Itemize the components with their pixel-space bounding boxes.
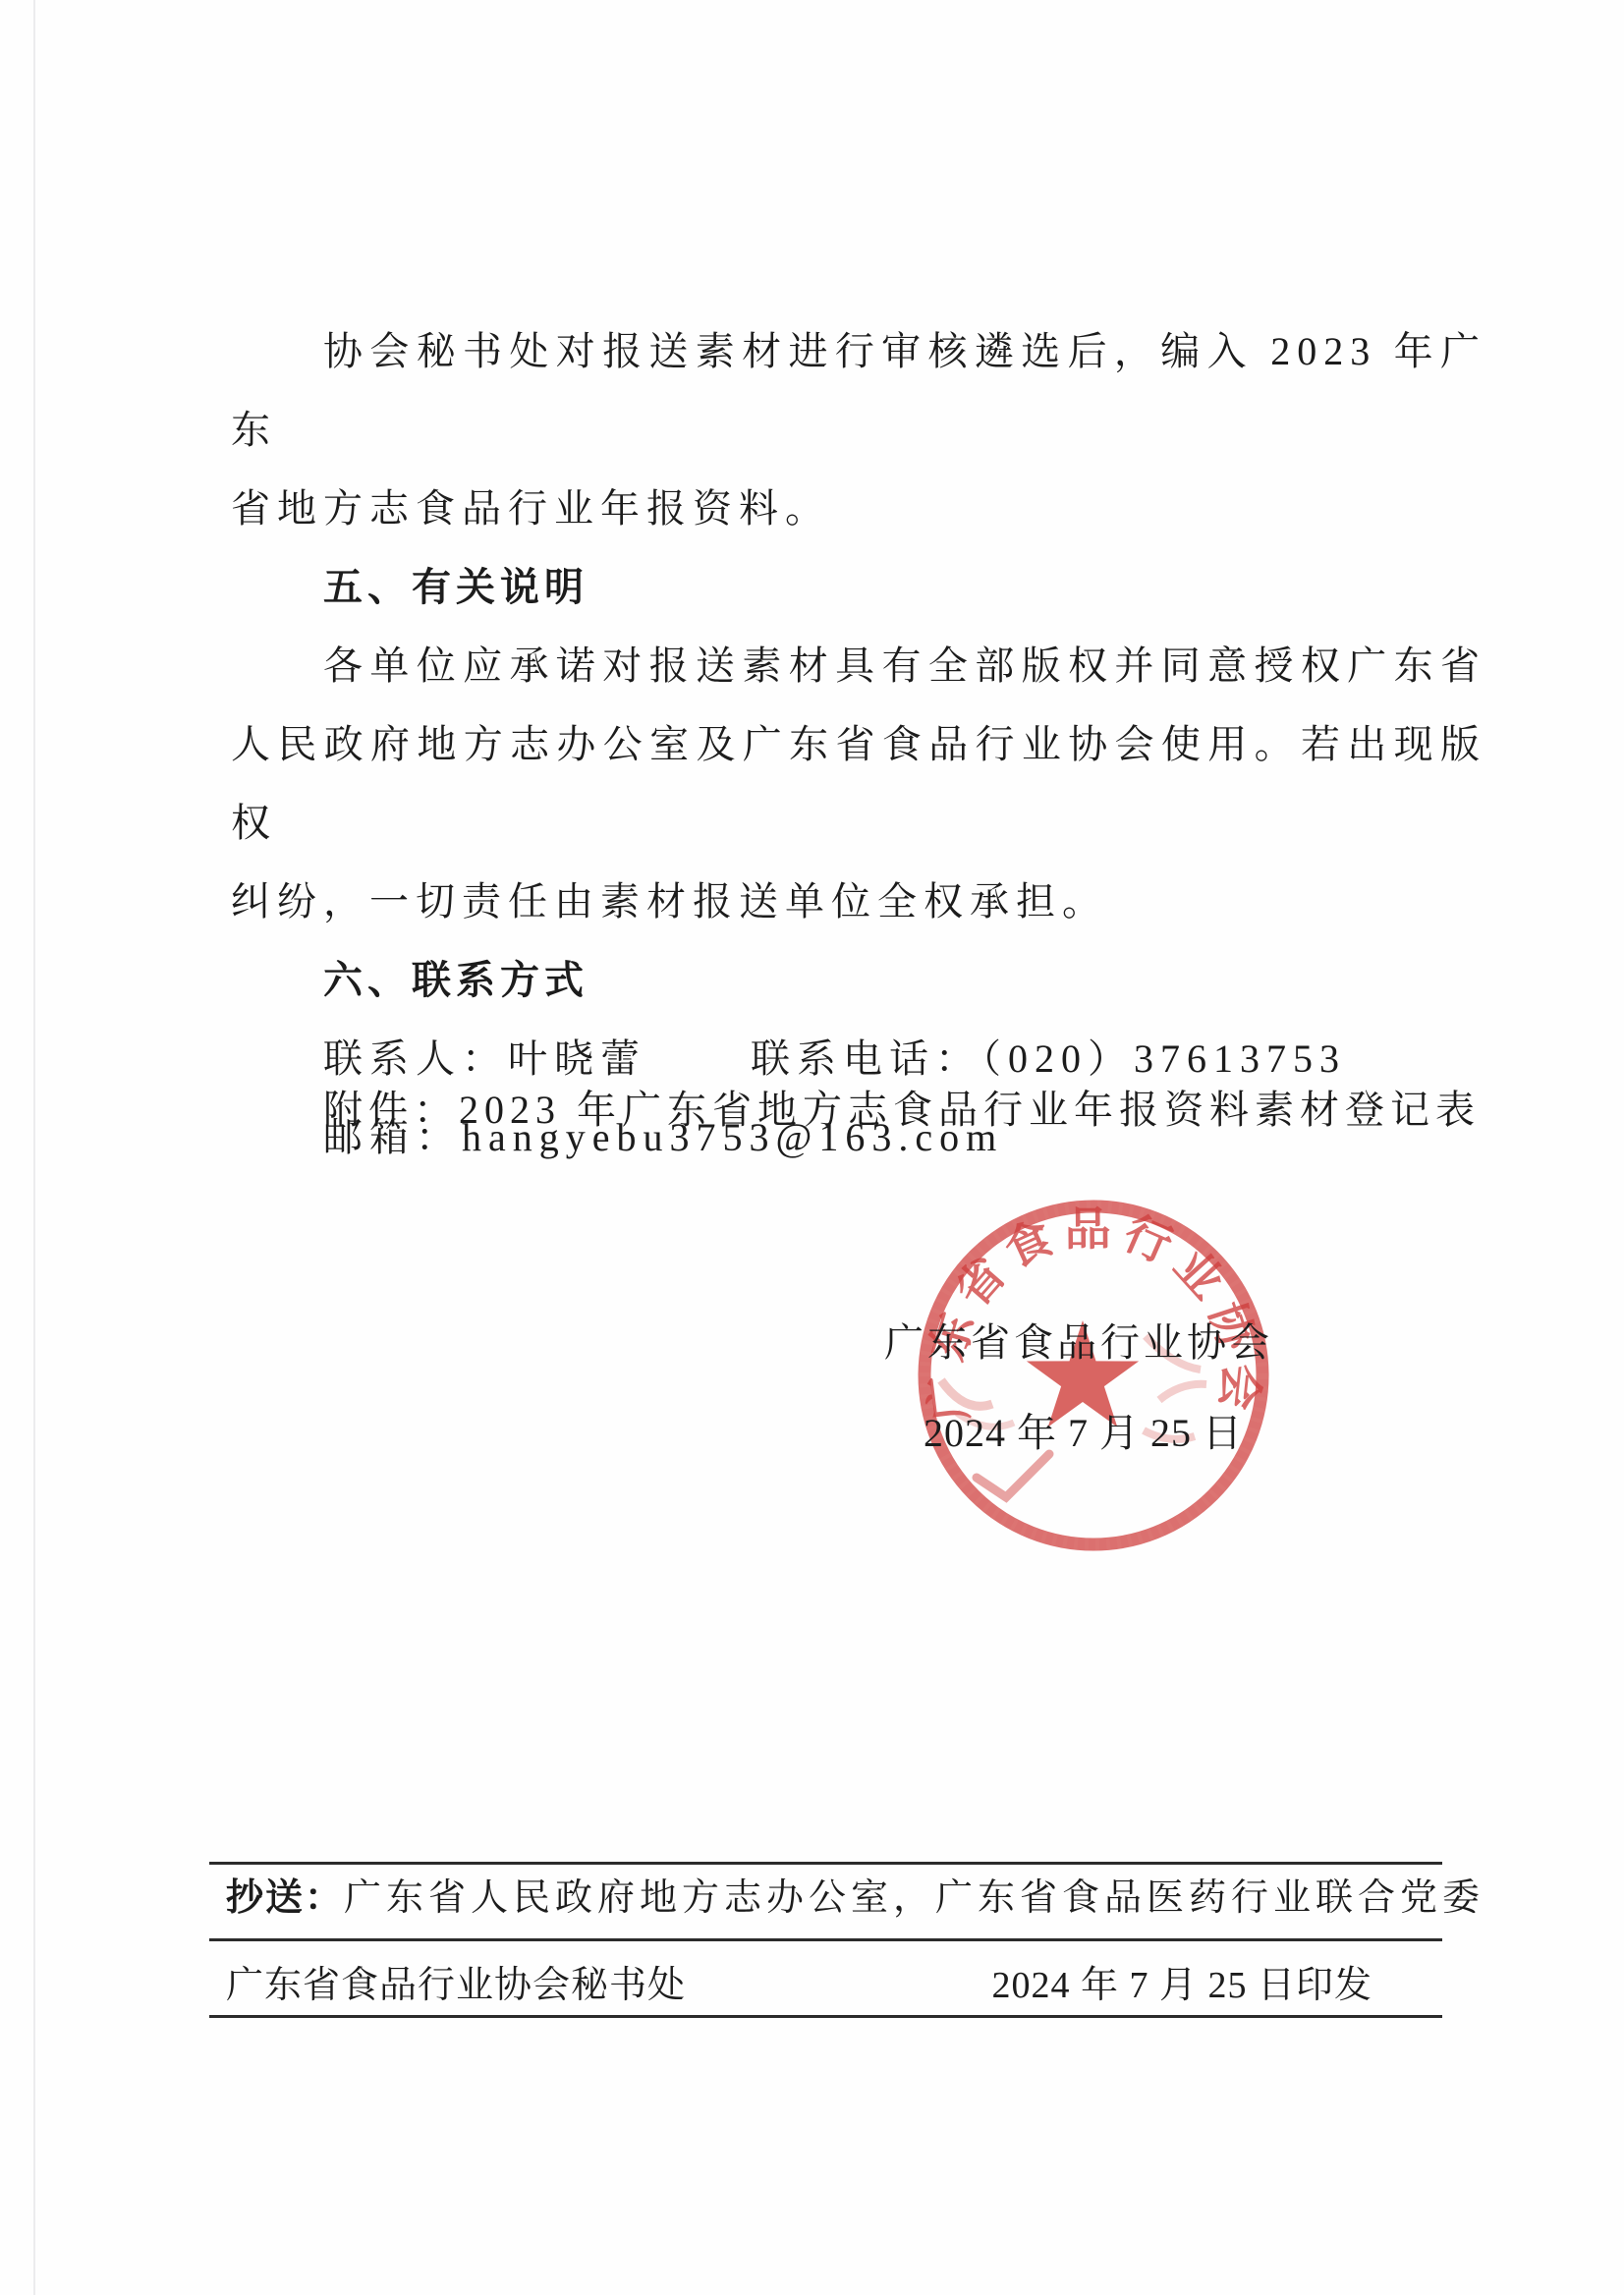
document-page: 协会秘书处对报送素材进行审核遴选后，编入 2023 年广东 省地方志食品行业年报…: [0, 0, 1624, 2295]
paragraph-line: 人民政府地方志办公室及广东省食品行业协会使用。若出现版权: [231, 705, 1486, 863]
footer-issuer: 广东省食品行业协会秘书处: [226, 1965, 686, 2008]
official-seal: 广东省食品行业协会: [912, 1199, 1277, 1554]
section-heading-5: 五、有关说明: [231, 548, 1486, 627]
section-heading-6: 六、联系方式: [231, 941, 1486, 1020]
paragraph-line: 各单位应承诺对报送素材具有全部版权并同意授权广东省: [231, 627, 1486, 705]
footer-divider-bottom: [209, 2015, 1442, 2018]
paragraph-line: 协会秘书处对报送素材进行审核遴选后，编入 2023 年广东: [231, 312, 1486, 470]
contact-line: 联系人：叶晓蕾联系电话：（020）37613753: [231, 1020, 1486, 1098]
letter-body: 协会秘书处对报送素材进行审核遴选后，编入 2023 年广东 省地方志食品行业年报…: [231, 312, 1486, 1177]
seal-graphic: 广东省食品行业协会: [912, 1199, 1277, 1554]
attachment-line: 附件：2023 年广东省地方志食品行业年报资料素材登记表: [231, 1089, 1481, 1132]
paragraph-line: 纠纷，一切责任由素材报送单位全权承担。: [231, 863, 1486, 941]
footer-print-date: 2024 年 7 月 25 日印发: [991, 1965, 1372, 2008]
contact-person: 联系人：叶晓蕾: [323, 1036, 646, 1081]
footer-issue-line: 广东省食品行业协会秘书处2024 年 7 月 25 日印发: [209, 1965, 1442, 2008]
footer-cc-content: 广东省人民政府地方志办公室，广东省食品医药行业联合党委: [344, 1877, 1484, 1919]
contact-phone: 联系电话：（020）37613753: [751, 1036, 1346, 1081]
footer-divider-top: [209, 1862, 1442, 1865]
seal-smudge: [977, 1454, 1049, 1497]
footer-cc-line: 抄送：广东省人民政府地方志办公室，广东省食品医药行业联合党委: [209, 1877, 1442, 1921]
footer-cc-label: 抄送：: [226, 1877, 344, 1919]
paragraph-line: 省地方志食品行业年报资料。: [231, 470, 1486, 548]
signature-org: 广东省食品行业协会: [884, 1321, 1273, 1365]
footer-divider-middle: [209, 1938, 1442, 1941]
scan-artifact-line: [33, 0, 35, 2295]
signature-date: 2024 年 7 月 25 日: [924, 1412, 1243, 1455]
